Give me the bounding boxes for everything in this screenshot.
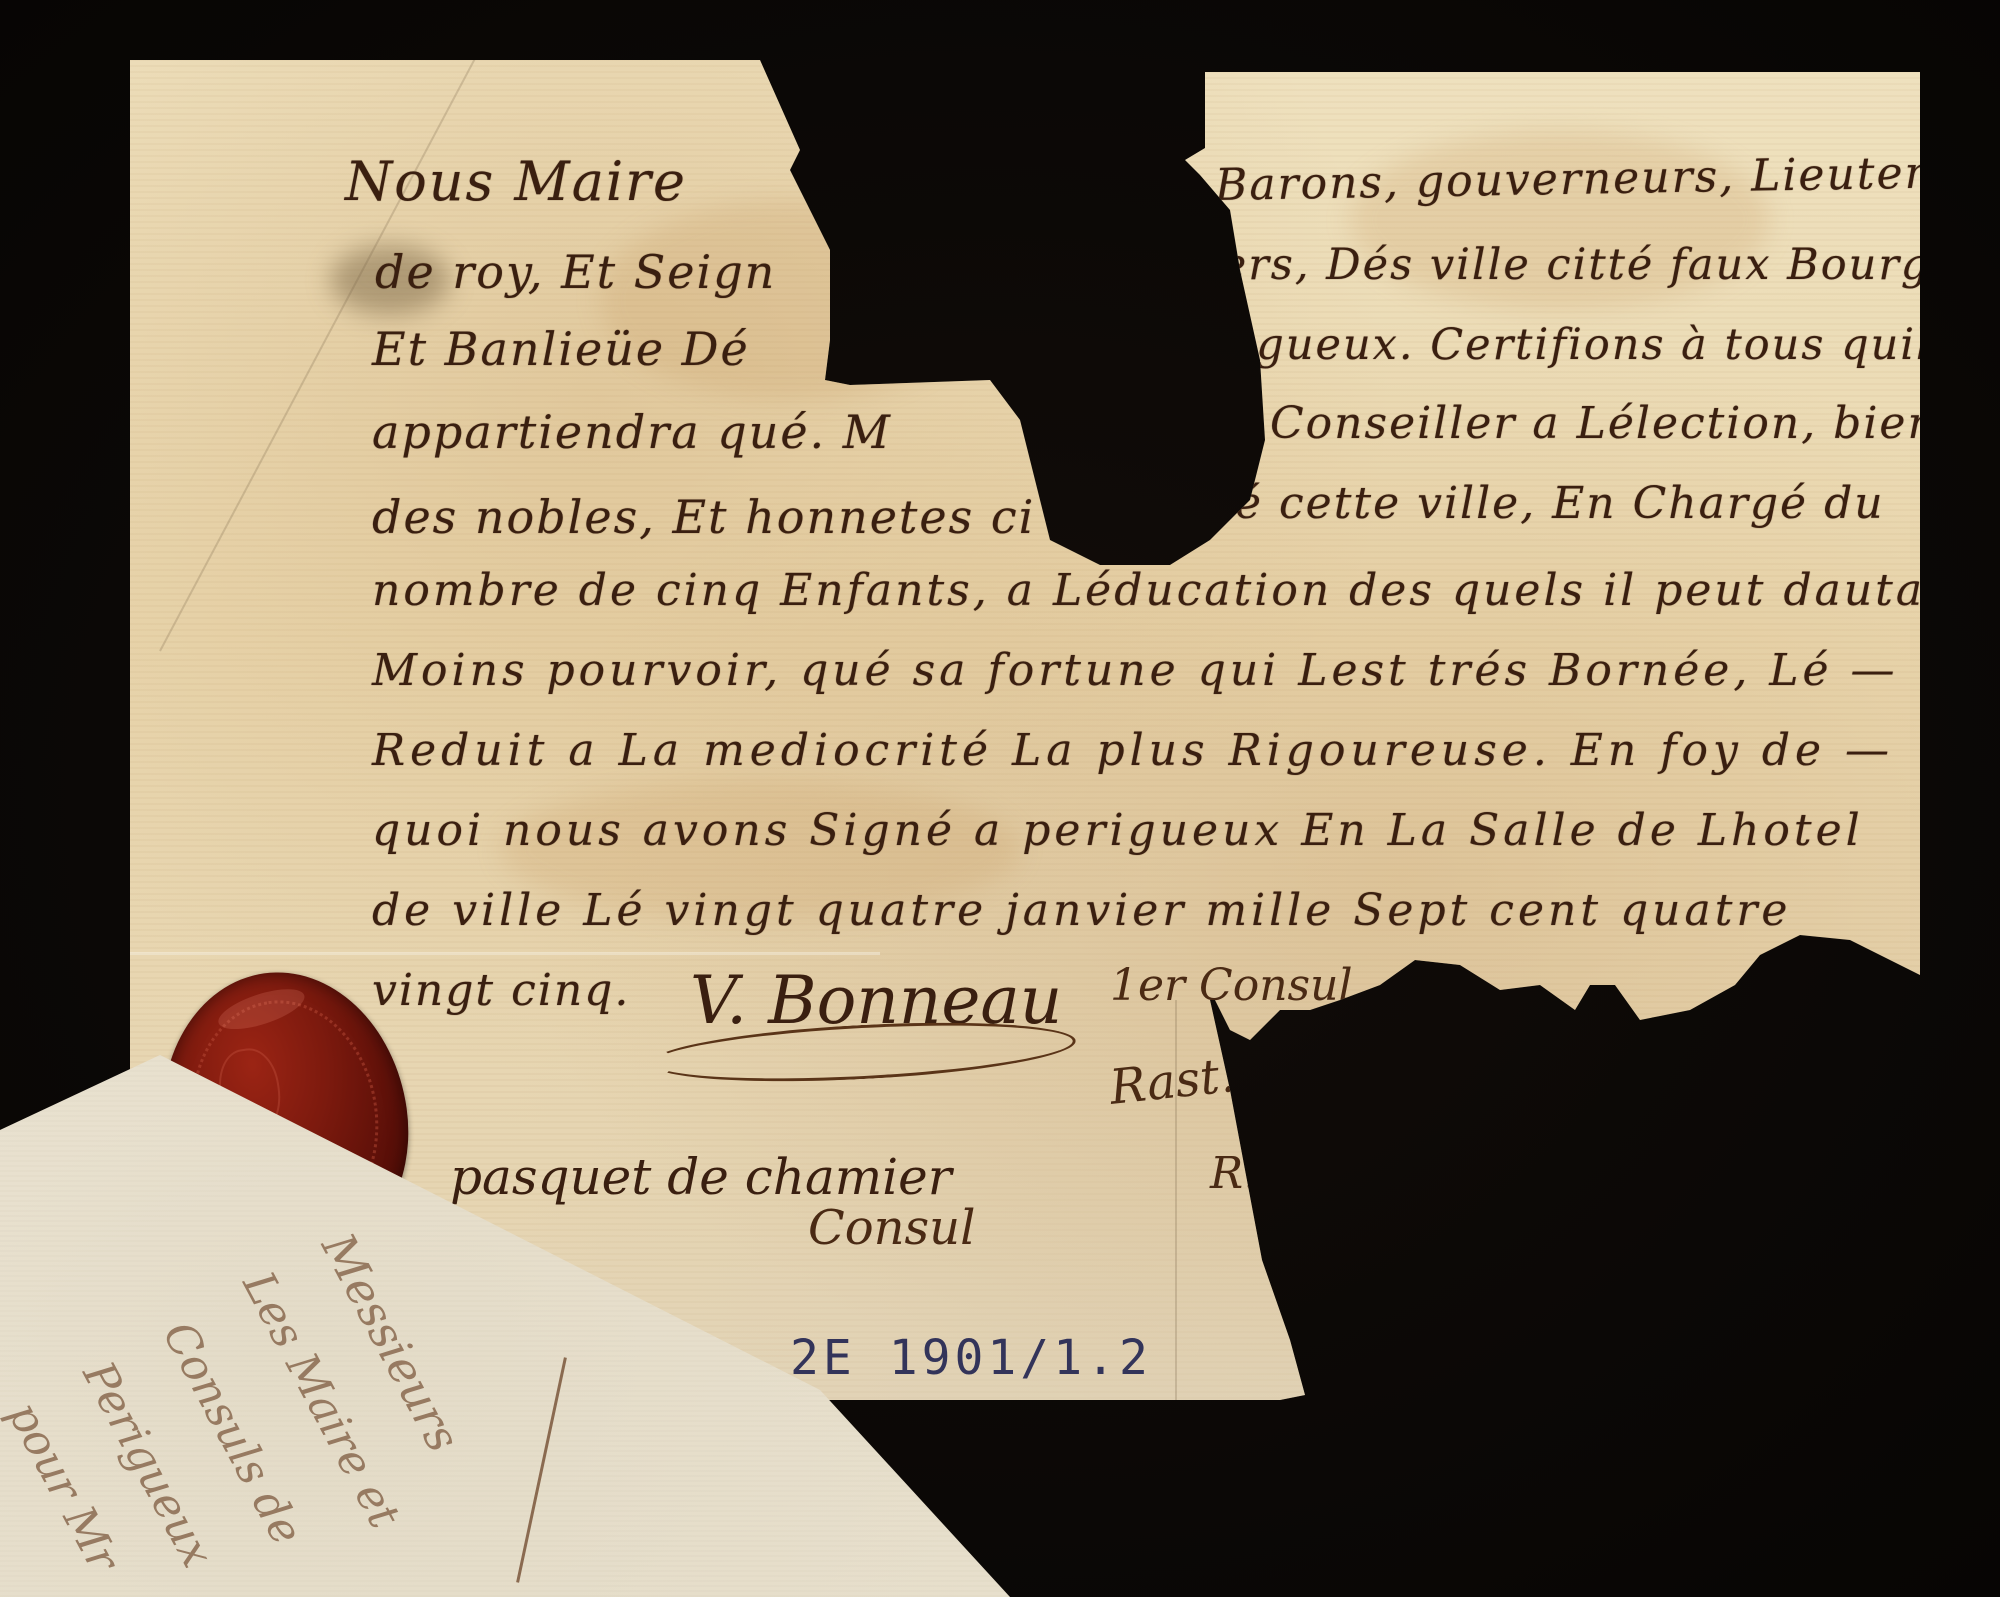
cover-ink-stroke xyxy=(516,1357,567,1583)
text-line-6: nombre de cinq Enfants, a Léducation des… xyxy=(372,565,1977,616)
text-line-10: de ville Lé vingt quatre janvier mille S… xyxy=(372,885,1791,936)
text-line-4-right: Conseiller a Lélection, bien xyxy=(1270,398,1938,449)
text-line-1-left: Nous Maire xyxy=(345,150,687,213)
text-line-7: Moins pourvoir, qué sa fortune qui Lest … xyxy=(372,645,1899,696)
text-line-5-right: é cette ville, En Chargé du xyxy=(1235,478,1885,529)
text-line-2-right: iers, Dés ville citté faux Bourgs xyxy=(1205,240,1955,290)
text-line-4-left: appartiendra qué. M xyxy=(372,405,892,459)
text-line-5-left: des nobles, Et honnetes ci xyxy=(372,490,1035,544)
archive-call-number: 2E 1901/1.2 xyxy=(790,1330,1152,1386)
text-line-2-left: de roy, Et Seign xyxy=(375,245,776,299)
signature-chamier: pasquet de chamier xyxy=(450,1148,952,1206)
text-line-1-right: Barons, gouverneurs, Lieutenant xyxy=(1215,146,2000,211)
text-line-3-left: Et Banlieüe Dé xyxy=(372,322,750,376)
signature-chamier-title: Consul xyxy=(808,1200,975,1256)
text-line-11: vingt cinq. xyxy=(372,965,630,1016)
text-line-9: quoi nous avons Signé a perigueux En La … xyxy=(372,805,1864,856)
horizontal-fold-crease xyxy=(130,952,880,955)
signature-partial-right: R… xyxy=(1210,1148,1287,1199)
document-photograph: Nous Maire Barons, gouverneurs, Lieutena… xyxy=(0,0,2000,1597)
text-line-3-right: rigueux. Certifions à tous quil xyxy=(1218,320,1932,370)
text-line-8: Reduit a La mediocrité La plus Rigoureus… xyxy=(372,725,1894,776)
signature-rastouil: Rast… xyxy=(1107,1044,1270,1116)
signature-consul-title: 1er Consul xyxy=(1110,960,1353,1011)
